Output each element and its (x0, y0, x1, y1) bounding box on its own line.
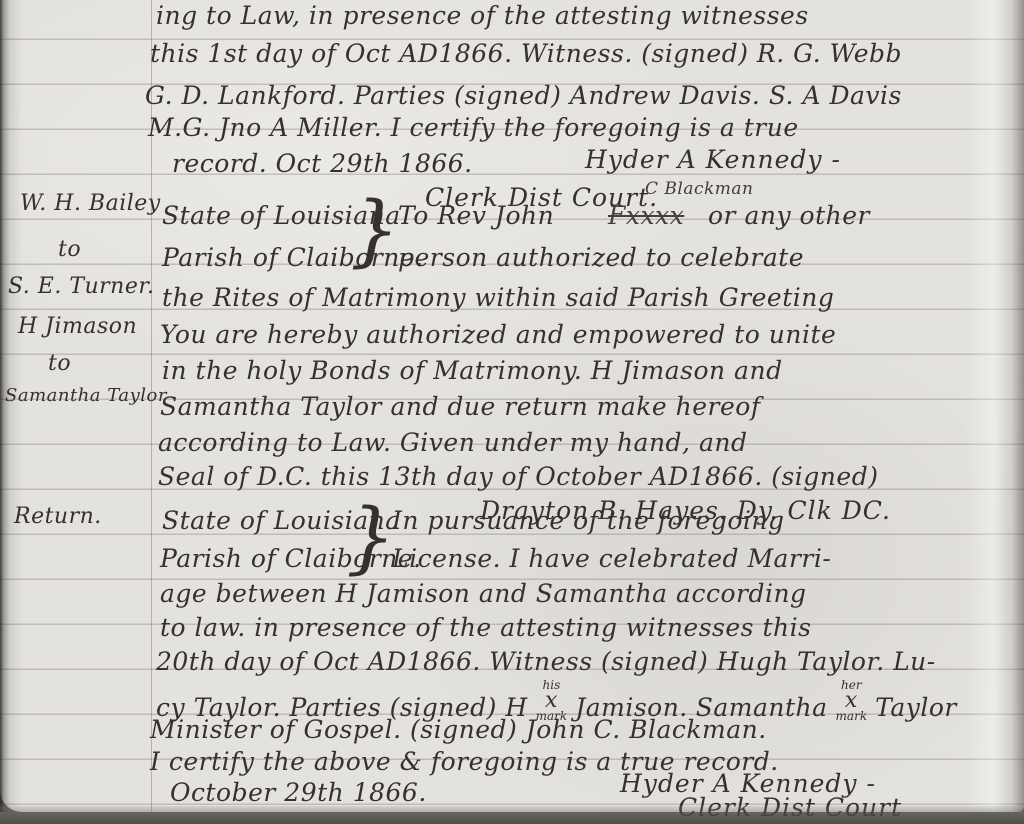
record-line: this 1st day of Oct AD1866. Witness. (si… (150, 40, 902, 68)
record-line: the Rites of Matrimony within said Paris… (162, 284, 834, 312)
date-line: October 29th 1866. (170, 779, 427, 807)
struck-name: Fxxxx (608, 202, 684, 230)
ledger-page: ing to Law, in presence of the attesting… (0, 0, 1024, 824)
page-edge-shadow (964, 0, 1024, 812)
record-line: G. D. Lankford. Parties (signed) Andrew … (145, 82, 902, 110)
pursuance-line: In pursuance of the foregoing (392, 507, 785, 535)
page-bottom-shadow (0, 806, 1024, 824)
margin-to: to (48, 352, 71, 376)
record-line: Samantha Taylor and due return make here… (160, 393, 761, 421)
margin-party3: H Jimason (18, 315, 137, 339)
margin-party4: Samantha Taylor (5, 386, 167, 406)
margin-to: to (58, 238, 81, 262)
after-name: or any other (708, 202, 870, 230)
binding-edge (0, 0, 22, 812)
record-line: ing to Law, in presence of the attesting… (156, 2, 809, 30)
minister-line: Minister of Gospel. (signed) John C. Bla… (150, 716, 767, 744)
bride-last-name: Taylor (875, 694, 957, 722)
license-line: License. I have celebrated Marri- (392, 545, 831, 573)
record-line: person authorized to celebrate (398, 244, 804, 272)
margin-return-label: Return. (14, 505, 102, 529)
record-line: to law. in presence of the attesting wit… (160, 614, 811, 642)
record-line: according to Law. Given under my hand, a… (158, 429, 747, 457)
record-line: M.G. Jno A Miller. I certify the foregoi… (148, 114, 799, 142)
record-line: record. Oct 29th 1866. (172, 150, 473, 178)
margin-party2: S. E. Turner. (8, 275, 154, 299)
parish-line: Parish of Claiborne. (160, 545, 422, 573)
record-line: 20th day of Oct AD1866. Witness (signed)… (156, 648, 936, 676)
record-line: age between H Jamison and Samantha accor… (160, 580, 807, 608)
record-line: Seal of D.C. this 13th day of October AD… (158, 463, 878, 491)
record-line: in the holy Bonds of Matrimony. H Jimaso… (162, 357, 783, 385)
her-mark: her x mark (836, 680, 868, 721)
parish-line: Parish of Claiborne. (162, 244, 424, 272)
margin-party1: W. H. Bailey (20, 192, 161, 216)
clerk-signature: Hyder A Kennedy - (585, 146, 841, 174)
record-line: You are hereby authorized and empowered … (160, 321, 836, 349)
to-prefix: To Rev John (398, 202, 554, 230)
interlined-name: C Blackman (645, 180, 754, 199)
